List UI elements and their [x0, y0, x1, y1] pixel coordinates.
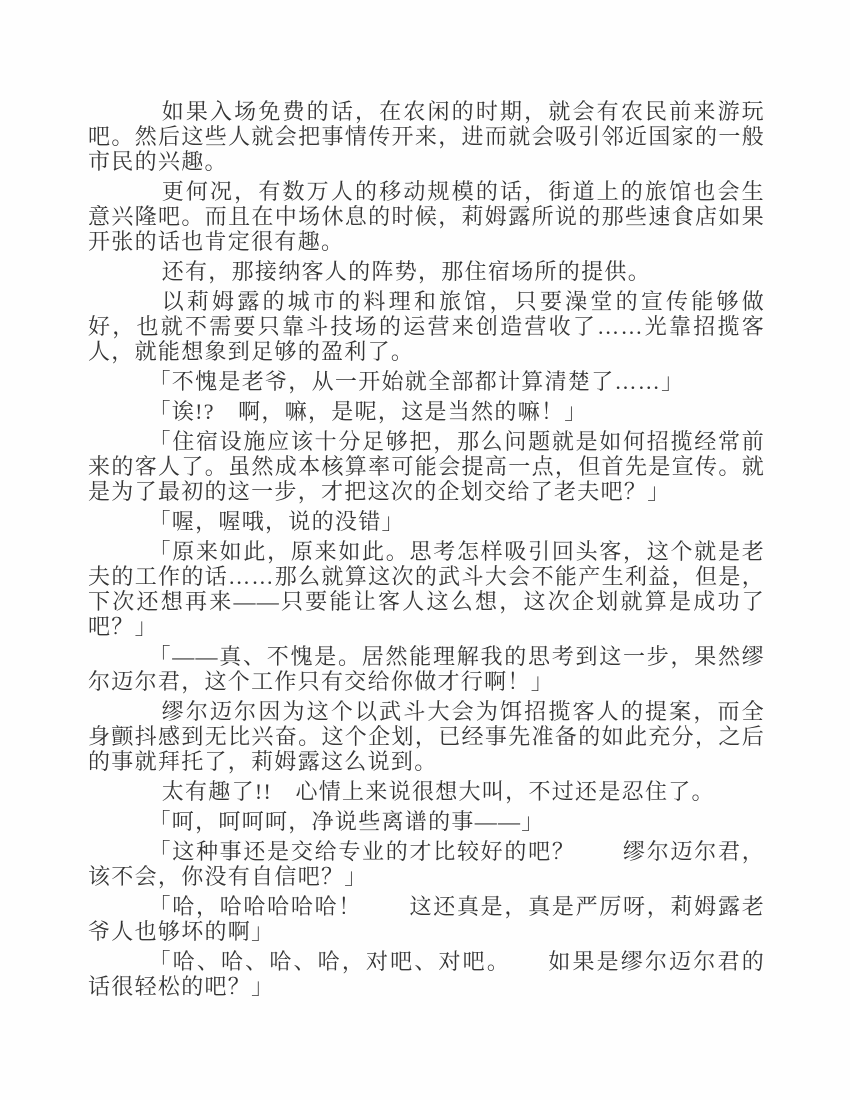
paragraph-8: 「喔，喔哦，说的没错」 — [88, 509, 765, 534]
paragraph-6: 「诶!? 啊，嘛，是呢，这是当然的嘛！」 — [88, 399, 765, 424]
paragraph-5: 「不愧是老爷，从一开始就全部都计算清楚了……」 — [88, 369, 765, 394]
paragraph-2: 更何况，有数万人的移动规模的话，街道上的旅馆也会生意兴隆吧。而且在中场休息的时候… — [88, 179, 765, 254]
paragraph-9: 「原来如此，原来如此。思考怎样吸引回头客，这个就是老夫的工作的话……那么就算这次… — [88, 539, 765, 639]
paragraph-12: 太有趣了!! 心情上来说很想大叫，不过还是忍住了。 — [88, 779, 765, 804]
paragraph-16: 「哈、哈、哈、哈，对吧、对吧。 如果是缪尔迈尔君的话很轻松的吧？」 — [88, 949, 765, 999]
novel-page: 如果入场免费的话，在农闲的时期，就会有农民前来游玩吧。然后这些人就会把事情传开来… — [0, 0, 850, 1100]
paragraph-13: 「呵，呵呵呵，净说些离谱的事——」 — [88, 809, 765, 834]
text-content: 如果入场免费的话，在农闲的时期，就会有农民前来游玩吧。然后这些人就会把事情传开来… — [88, 99, 765, 1004]
paragraph-4: 以莉姆露的城市的料理和旅馆，只要澡堂的宣传能够做好，也就不需要只靠斗技场的运营来… — [88, 289, 765, 364]
paragraph-3: 还有，那接纳客人的阵势，那住宿场所的提供。 — [88, 259, 765, 284]
paragraph-1: 如果入场免费的话，在农闲的时期，就会有农民前来游玩吧。然后这些人就会把事情传开来… — [88, 99, 765, 174]
paragraph-11: 缪尔迈尔因为这个以武斗大会为饵招揽客人的提案，而全身颤抖感到无比兴奋。这个企划，… — [88, 699, 765, 774]
paragraph-7: 「住宿设施应该十分足够把，那么问题就是如何招揽经常前来的客人了。虽然成本核算率可… — [88, 429, 765, 504]
paragraph-15: 「哈，哈哈哈哈哈！ 这还真是，真是严厉呀，莉姆露老爷人也够坏的啊」 — [88, 894, 765, 944]
paragraph-14: 「这种事还是交给专业的才比较好的吧？ 缪尔迈尔君，该不会，你没有自信吧？」 — [88, 839, 765, 889]
paragraph-10: 「——真、不愧是。居然能理解我的思考到这一步，果然缪尔迈尔君，这个工作只有交给你… — [88, 644, 765, 694]
